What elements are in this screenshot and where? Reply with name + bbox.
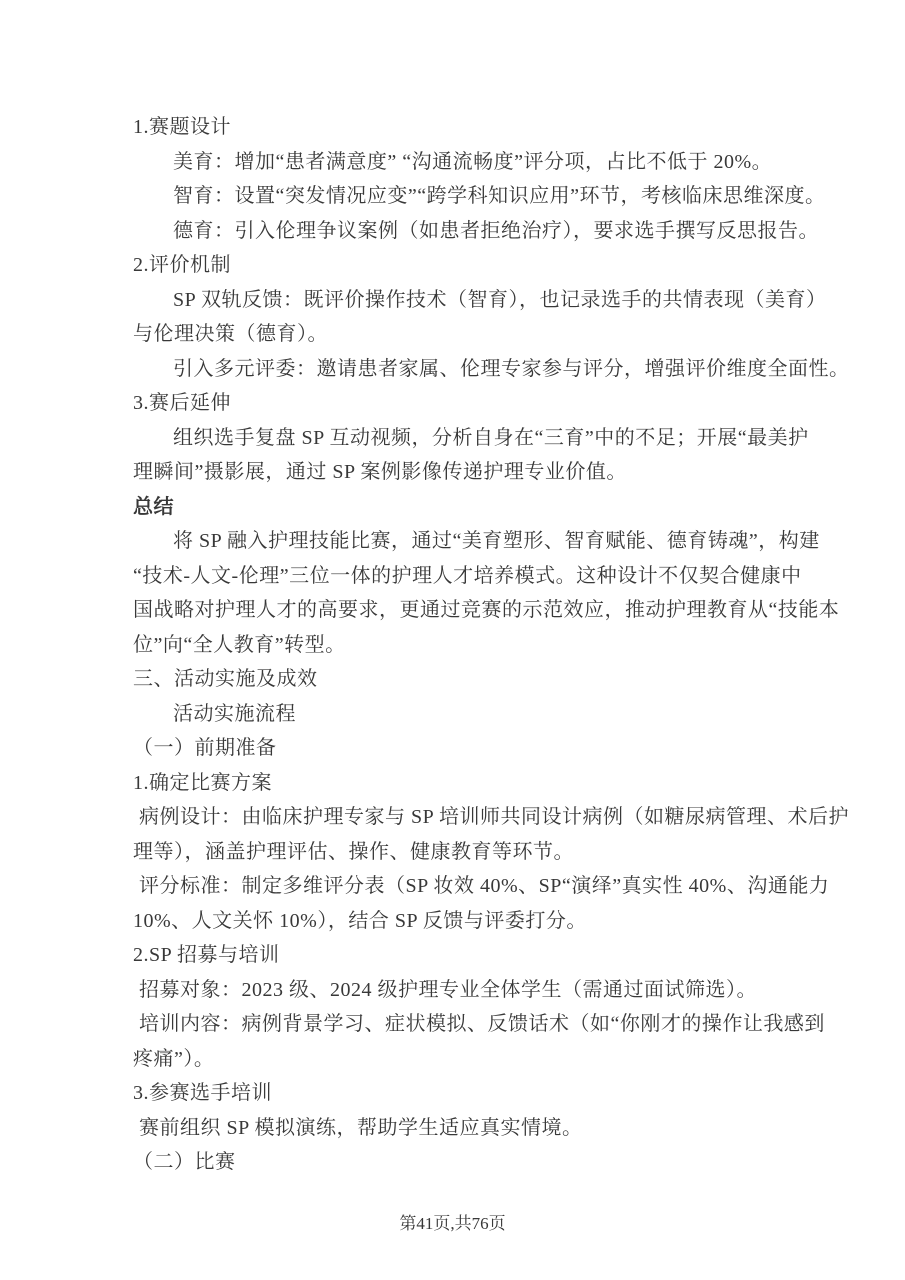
- text-line: 2.评价机制: [133, 248, 785, 283]
- paragraph: （一）前期准备: [133, 731, 785, 766]
- text-line: 美育：增加“患者满意度” “沟通流畅度”评分项，占比不低于 20%。: [133, 145, 785, 180]
- paragraph: 1.赛题设计: [133, 110, 785, 145]
- text-line: 3.赛后延伸: [133, 386, 785, 421]
- text-line: 培训内容：病例背景学习、症状模拟、反馈话术（如“你刚才的操作让我感到: [133, 1007, 785, 1042]
- paragraph: 美育：增加“患者满意度” “沟通流畅度”评分项，占比不低于 20%。: [133, 145, 785, 180]
- paragraph: 赛前组织 SP 模拟演练，帮助学生适应真实情境。: [133, 1111, 785, 1146]
- text-line: 德育：引入伦理争议案例（如患者拒绝治疗），要求选手撰写反思报告。: [133, 214, 785, 249]
- text-line: 病例设计：由临床护理专家与 SP 培训师共同设计病例（如糖尿病管理、术后护: [133, 800, 785, 835]
- text-line: 1.确定比赛方案: [133, 766, 785, 801]
- text-line: （二）比赛: [133, 1145, 785, 1180]
- text-line: 疼痛”）。: [133, 1042, 785, 1077]
- paragraph: 组织选手复盘 SP 互动视频，分析自身在“三育”中的不足；开展“最美护理瞬间”摄…: [133, 421, 785, 490]
- text-line: 国战略对护理人才的高要求，更通过竞赛的示范效应，推动护理教育从“技能本: [133, 593, 785, 628]
- paragraph: 总结: [133, 490, 785, 525]
- text-line: 理瞬间”摄影展，通过 SP 案例影像传递护理专业价值。: [133, 455, 785, 490]
- text-line: “技术-人文-伦理”三位一体的护理人才培养模式。这种设计不仅契合健康中: [133, 559, 785, 594]
- text-line: 与伦理决策（德育）。: [133, 317, 785, 352]
- paragraph: 3.赛后延伸: [133, 386, 785, 421]
- paragraph: 将 SP 融入护理技能比赛，通过“美育塑形、智育赋能、德育铸魂”，构建“技术-人…: [133, 524, 785, 662]
- paragraph: 智育：设置“突发情况应变”“跨学科知识应用”环节，考核临床思维深度。: [133, 179, 785, 214]
- text-line: 活动实施流程: [133, 697, 785, 732]
- paragraph: （二）比赛: [133, 1145, 785, 1180]
- paragraph: 培训内容：病例背景学习、症状模拟、反馈话术（如“你刚才的操作让我感到疼痛”）。: [133, 1007, 785, 1076]
- text-line: 评分标准：制定多维评分表（SP 妆效 40%、SP“演绎”真实性 40%、沟通能…: [133, 869, 785, 904]
- text-line: 三、活动实施及成效: [133, 662, 785, 697]
- text-line: （一）前期准备: [133, 731, 785, 766]
- text-line: 引入多元评委：邀请患者家属、伦理专家参与评分，增强评价维度全面性。: [133, 352, 785, 387]
- text-line: 赛前组织 SP 模拟演练，帮助学生适应真实情境。: [133, 1111, 785, 1146]
- paragraph: 引入多元评委：邀请患者家属、伦理专家参与评分，增强评价维度全面性。: [133, 352, 785, 387]
- paragraph: 1.确定比赛方案: [133, 766, 785, 801]
- paragraph: 3.参赛选手培训: [133, 1076, 785, 1111]
- text-line: 10%、人文关怀 10%），结合 SP 反馈与评委打分。: [133, 904, 785, 939]
- text-line: 总结: [133, 490, 785, 525]
- text-line: 招募对象：2023 级、2024 级护理专业全体学生（需通过面试筛选）。: [133, 973, 785, 1008]
- paragraph: 招募对象：2023 级、2024 级护理专业全体学生（需通过面试筛选）。: [133, 973, 785, 1008]
- paragraph: 2.SP 招募与培训: [133, 938, 785, 973]
- page-number-indicator: 第41页,共76页: [0, 1212, 905, 1236]
- document-body: 1.赛题设计美育：增加“患者满意度” “沟通流畅度”评分项，占比不低于 20%。…: [133, 110, 785, 1180]
- text-line: 将 SP 融入护理技能比赛，通过“美育塑形、智育赋能、德育铸魂”，构建: [133, 524, 785, 559]
- paragraph: 三、活动实施及成效: [133, 662, 785, 697]
- paragraph: 德育：引入伦理争议案例（如患者拒绝治疗），要求选手撰写反思报告。: [133, 214, 785, 249]
- paragraph: 评分标准：制定多维评分表（SP 妆效 40%、SP“演绎”真实性 40%、沟通能…: [133, 869, 785, 938]
- paragraph: 活动实施流程: [133, 697, 785, 732]
- document-page: 1.赛题设计美育：增加“患者满意度” “沟通流畅度”评分项，占比不低于 20%。…: [0, 0, 905, 1280]
- text-line: 2.SP 招募与培训: [133, 938, 785, 973]
- text-line: 1.赛题设计: [133, 110, 785, 145]
- text-line: 理等），涵盖护理评估、操作、健康教育等环节。: [133, 835, 785, 870]
- paragraph: 2.评价机制: [133, 248, 785, 283]
- paragraph: 病例设计：由临床护理专家与 SP 培训师共同设计病例（如糖尿病管理、术后护理等）…: [133, 800, 785, 869]
- paragraph: SP 双轨反馈：既评价操作技术（智育），也记录选手的共情表现（美育）与伦理决策（…: [133, 283, 785, 352]
- text-line: 3.参赛选手培训: [133, 1076, 785, 1111]
- text-line: 智育：设置“突发情况应变”“跨学科知识应用”环节，考核临床思维深度。: [133, 179, 785, 214]
- text-line: 组织选手复盘 SP 互动视频，分析自身在“三育”中的不足；开展“最美护: [133, 421, 785, 456]
- text-line: 位”向“全人教育”转型。: [133, 628, 785, 663]
- text-line: SP 双轨反馈：既评价操作技术（智育），也记录选手的共情表现（美育）: [133, 283, 785, 318]
